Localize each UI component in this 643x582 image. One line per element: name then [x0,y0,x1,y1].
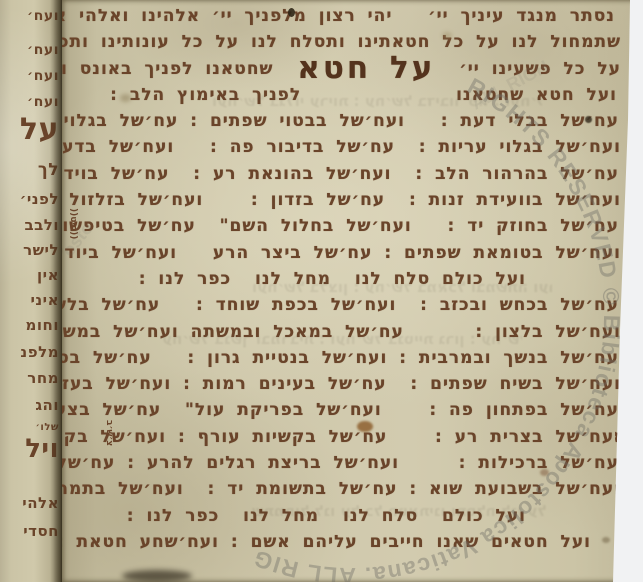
facing-page-word: ועח׳ [27,68,59,84]
text-line: ועח׳של בוועידת זנות : עח׳של בזדון : ועח׳… [70,190,621,216]
facing-page-word: על [20,112,59,147]
text-line: עח׳של בפתחון פה : ועח׳של בפריקת עול" עח׳… [70,400,621,426]
manuscript-page: נסתר מנגד עיניך יי׳ יהי רצון מלפניך יי׳ … [62,0,643,582]
text-line: ועח׳של בשיח שפתים : עח׳של בעינים רמות : … [70,374,621,400]
facing-page-word: לפני׳ [20,190,59,208]
facing-page-word: איני [30,291,59,309]
facing-page-word: ולבב [24,216,59,234]
text-line: על כל פשעינו יי׳ על חטא שחטאנו לפניך באו… [70,59,621,85]
facing-page-word: ועח׳ [27,42,59,58]
facing-page-word: והג [35,396,59,414]
prayer-text-block: נסתר מנגד עיניך יי׳ יהי רצון מלפניך יי׳ … [70,6,621,558]
text-line: ועח׳של בצרית רע : עח׳של בקשיות עורף : וע… [70,427,621,453]
ink-stain [122,570,192,582]
facing-page-word: ויל [25,434,59,464]
facing-page-word: מלפנ [20,343,59,361]
facing-page-word: אלהי [22,494,59,512]
al-chet-heading: על חטא [297,50,435,86]
line-segment: על כל פשעינו יי׳ [435,59,621,79]
text-line: עח׳של בכחש ובכזב : ועח׳של בכפת שוחד : עח… [70,295,621,321]
facing-page-word: לך [38,160,59,180]
margin-note: ((סיט(( [68,208,78,239]
text-line: ועח׳של בטומאת שפתים : עח׳של ביצר הרע ועח… [70,243,621,269]
facing-page-word: לישר [23,241,59,259]
text-line: עח׳של בחוזק יד : ועח׳של בחלול השם" עח׳של… [70,216,621,242]
margin-note: צ׳ש׳ב [104,420,114,446]
facing-page-word: אין [37,266,59,284]
facing-page-word: שלו׳ [35,422,59,433]
text-line: ועל חטא שחטאנו לפניך באימוץ הלב : [70,85,621,111]
text-line: נסתר מנגד עיניך יי׳ יהי רצון מלפניך יי׳ … [70,6,621,32]
text-line: עח׳של בנשך ובמרבית : ועח׳של בנטיית גרון … [70,348,621,374]
facing-page-word: חסדי [23,522,59,540]
facing-page-word: ועח׳ [27,8,59,24]
facing-page-word: ועח׳ [27,94,59,110]
text-line: ועח׳של בשבועת שוא : עח׳של בתשומת יד : וע… [70,479,621,505]
text-line: עח׳של ברכילות : ועח׳של בריצת רגלים להרע … [70,453,621,479]
text-line: עח׳של בבלי דעת : ועח׳של בבטוי שפתים : עח… [70,111,621,137]
facing-page-word: מחר [27,369,59,387]
facing-page-edge: ועח׳ועח׳ועח׳ועח׳עללךלפני׳ולבבלישראיןאיני… [0,0,62,582]
text-line: ועל כולם סלח לנו מחל לנו כפר לנו : [70,269,621,295]
text-line: ועח׳של בלצון : עח׳של במאכל ובמשתה ועח׳של… [70,322,621,348]
text-line: ועל חטאים שאנו חייבים עליהם אשם : ועח׳שח… [70,532,621,558]
facing-page-word: וחומ [26,316,59,334]
text-line: ועח׳של בגלוי עריות : עח׳של בדיבור פה : ו… [70,137,621,163]
margin-note: שצ׳ [613,428,622,443]
text-line: עח׳של בהרהור הלב : ועח׳של בהונאת רע : עח… [70,164,621,190]
manuscript-photo: ועח׳ועח׳ועח׳ועח׳עללךלפני׳ולבבלישראיןאיני… [0,0,643,582]
text-line: ועל כולם סלח לנו מחל לנו כפר לנו : [70,506,621,532]
